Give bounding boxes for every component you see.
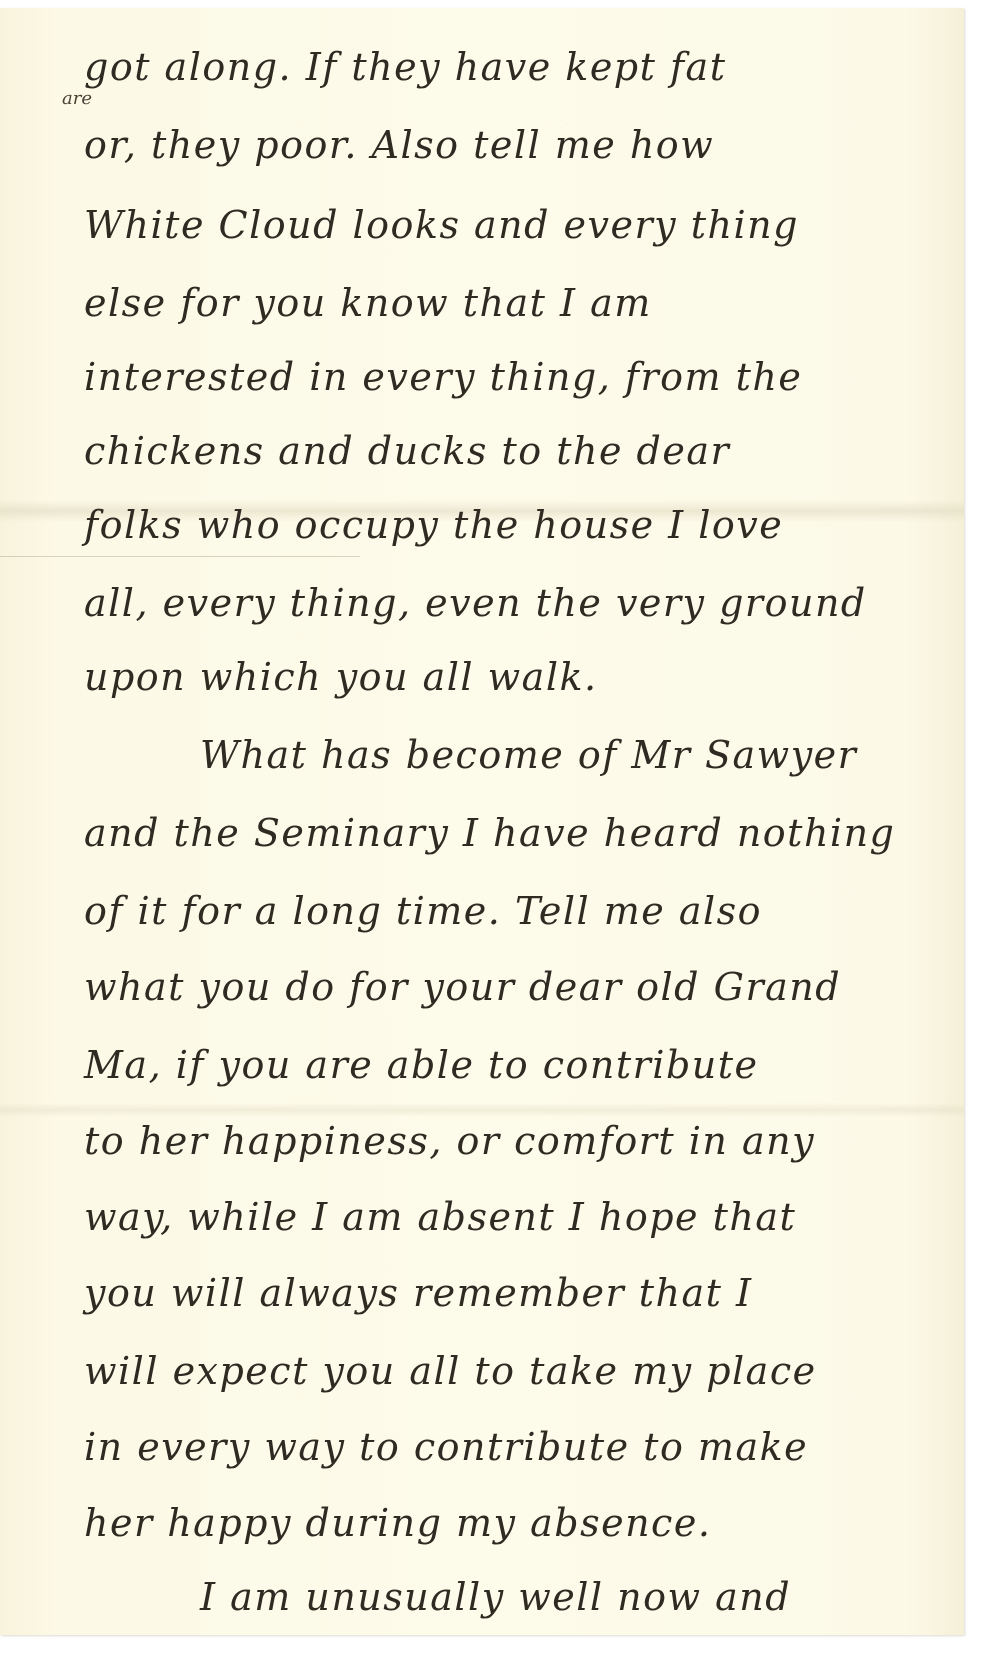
letter-line: interested in every thing, from the [84, 358, 802, 396]
letter-line: and the Seminary I have heard nothing [84, 814, 895, 852]
letter-line-paragraph-start: I am unusually well now and [200, 1578, 791, 1616]
letter-line: got along. If they have kept fat [84, 48, 726, 86]
letter-line: you will always remember that I [84, 1274, 753, 1312]
letter-page: are got along. If they have kept fat or,… [0, 8, 964, 1635]
letter-line: chickens and ducks to the dear [84, 432, 730, 470]
letter-line: to her happiness, or comfort in any [84, 1122, 815, 1160]
letter-line: her happy during my absence. [84, 1504, 711, 1542]
letter-line: upon which you all walk. [84, 658, 598, 696]
letter-line: of it for a long time. Tell me also [84, 892, 762, 930]
letter-line: or, they poor. Also tell me how [84, 126, 714, 164]
letter-line: folks who occupy the house I love [84, 506, 783, 544]
paper-crease-line [0, 556, 360, 557]
letter-line-paragraph-start: What has become of Mr Sawyer [200, 736, 857, 774]
interlinear-insertion: are [62, 88, 92, 109]
letter-line: White Cloud looks and every thing [84, 206, 799, 244]
letter-line: what you do for your dear old Grand [84, 968, 841, 1006]
letter-line: will expect you all to take my place [84, 1352, 817, 1390]
letter-line: in every way to contribute to make [84, 1428, 808, 1466]
letter-line: Ma, if you are able to contribute [84, 1046, 759, 1084]
paper-fold-lower [0, 1103, 964, 1117]
letter-line: way, while I am absent I hope that [84, 1198, 796, 1236]
letter-line: else for you know that I am [84, 284, 652, 322]
letter-line: all, every thing, even the very ground [84, 584, 867, 622]
